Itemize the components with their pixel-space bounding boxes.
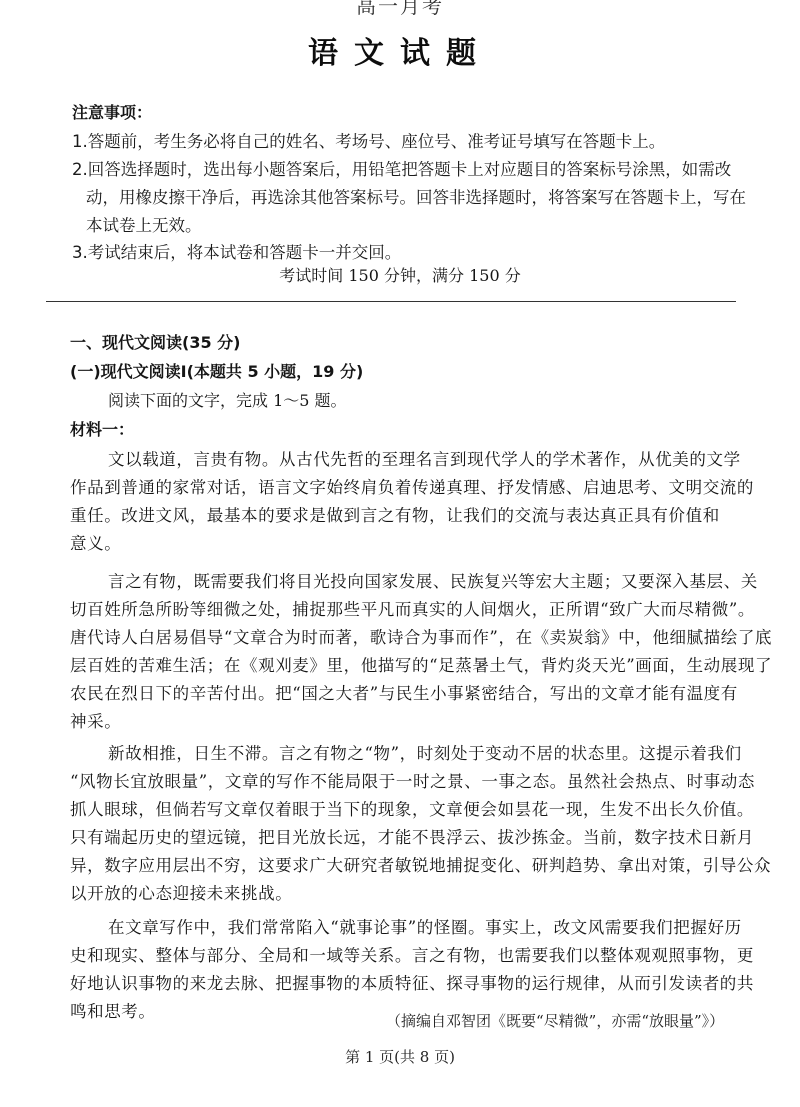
passage-line: “风物长宜放眼量”，文章的写作不能局限于一时之景、一事之态。虽然社会热点、时事动… [70,768,755,792]
exam-subtitle: 高一月考 [0,0,800,19]
reading-instruction: 阅读下面的文字，完成 1～5 题。 [108,388,347,411]
notice-item-2-cont2: 本试卷上无效。 [86,212,202,236]
source-citation: （摘编自邓智团《既要“尽精微”，亦需“放眼量”》） [386,1010,724,1031]
section-heading: 一、现代文阅读(35 分) [70,330,240,353]
passage-line: 唐代诗人白居易倡导“文章合为时而著，歌诗合为事而作”，在《卖炭翁》中，他细腻描绘… [70,624,772,648]
passage-line: 神采。 [70,708,121,732]
passage-line: 农民在烈日下的辛苦付出。把“国之大者”与民生小事紧密结合，写出的文章才能有温度有 [70,680,738,704]
notice-item-1: 1.答题前，考生务必将自己的姓名、考场号、座位号、准考证号填写在答题卡上。 [72,128,665,152]
passage-line: 层百姓的苦难生活；在《观刈麦》里，他描写的“足蒸暑土气，背灼炎天光”画面，生动展… [70,652,772,676]
passage-line: 鸣和思考。 [70,998,156,1022]
notice-item-3: 3.考试结束后，将本试卷和答题卡一并交回。 [72,239,401,263]
passage-line: 史和现实、整体与部分、全局和一域等关系。言之有物，也需要我们以整体观观照事物，更 [70,942,754,966]
notice-heading: 注意事项： [72,100,152,123]
passage-line: 文以载道，言贵有物。从古代先哲的至理名言到现代学人的学术著作，从优美的文学 [108,446,741,470]
passage-line: 切百姓所急所盼等细微之处，捕捉那些平凡而真实的人间烟火，正所谓“致广大而尽精微”… [70,596,755,620]
material-label: 材料一： [70,417,134,440]
subsection-heading: (一)现代文阅读Ⅰ(本题共 5 小题，19 分) [70,359,363,382]
passage-line: 意义。 [70,530,121,554]
passage-line: 好地认识事物的来龙去脉、把握事物的本质特征、探寻事物的运行规律，从而引发读者的共 [70,970,754,994]
notice-item-2-cont: 动，用橡皮擦干净后，再选涂其他答案标号。回答非选择题时，将答案写在答题卡上，写在 [86,184,746,208]
page-indicator: 第 1 页(共 8 页) [0,1046,800,1067]
passage-line: 只有端起历史的望远镜，把目光放长远，才能不畏浮云、拔沙拣金。当前，数字技术日新月 [70,824,754,848]
exam-time-score: 考试时间 150 分钟，满分 150 分 [0,263,800,286]
passage-line: 异，数字应用层出不穷，这要求广大研究者敏锐地捕捉变化、研判趋势、拿出对策，引导公… [70,852,771,876]
passage-line: 以开放的心态迎接未来挑战。 [70,880,292,904]
passage-line: 作品到普通的家常对话，语言文字始终肩负着传递真理、抒发情感、启迪思考、文明交流的 [70,474,754,498]
passage-line: 新故相推，日生不滞。言之有物之“物”，时刻处于变动不居的状态里。这提示着我们 [108,740,742,764]
passage-line: 抓人眼球，但倘若写文章仅着眼于当下的现象，文章便会如昙花一现，生发不出长久价值。 [70,796,754,820]
passage-line: 在文章写作中，我们常常陷入“就事论事”的怪圈。事实上，改文风需要我们把握好历 [108,914,742,938]
exam-title: 语文试题 [0,28,800,72]
passage-line: 言之有物，既需要我们将目光投向国家发展、民族复兴等宏大主题；又要深入基层、关 [108,568,758,592]
divider-rule [46,301,736,302]
passage-line: 重任。改进文风，最基本的要求是做到言之有物，让我们的交流与表达真正具有价值和 [70,502,720,526]
notice-item-2: 2.回答选择题时，选出每小题答案后，用铅笔把答题卡上对应题目的答案标号涂黑，如需… [72,156,731,180]
